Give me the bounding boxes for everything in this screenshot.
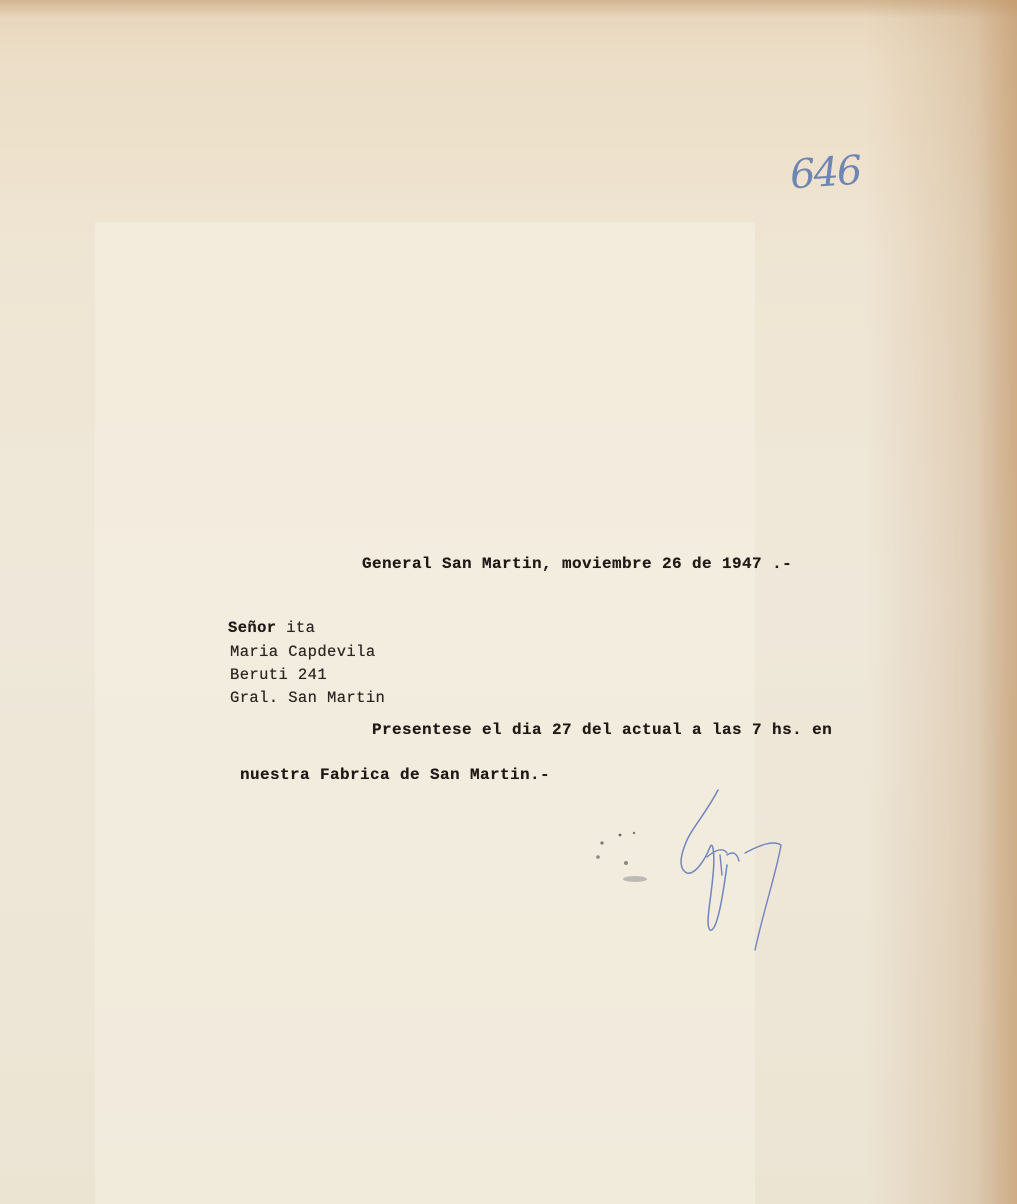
carbon-sheet-overlay bbox=[95, 222, 755, 1204]
salutation-bold: Señor bbox=[228, 619, 277, 637]
date-line: General San Martin, moviembre 26 de 1947… bbox=[362, 555, 792, 573]
body-line-2: nuestra Fabrica de San Martin.- bbox=[240, 766, 550, 784]
page-fold-shadow bbox=[0, 0, 1017, 18]
salutation-suffix: ita bbox=[277, 619, 316, 637]
body-line-1: Presentese el dia 27 del actual a las 7 … bbox=[372, 721, 832, 739]
recipient-city: Gral. San Martin bbox=[230, 689, 385, 707]
archive-number: 646 bbox=[788, 148, 861, 199]
letter-page: 646 General San Martin, moviembre 26 de … bbox=[0, 0, 1017, 1204]
recipient-street: Beruti 241 bbox=[230, 666, 327, 684]
signature bbox=[665, 785, 795, 955]
ink-smudge bbox=[590, 815, 660, 895]
recipient-salutation: Señor ita bbox=[228, 619, 315, 637]
page-edge-discoloration bbox=[977, 0, 1017, 1204]
recipient-name: Maria Capdevila bbox=[230, 643, 376, 661]
